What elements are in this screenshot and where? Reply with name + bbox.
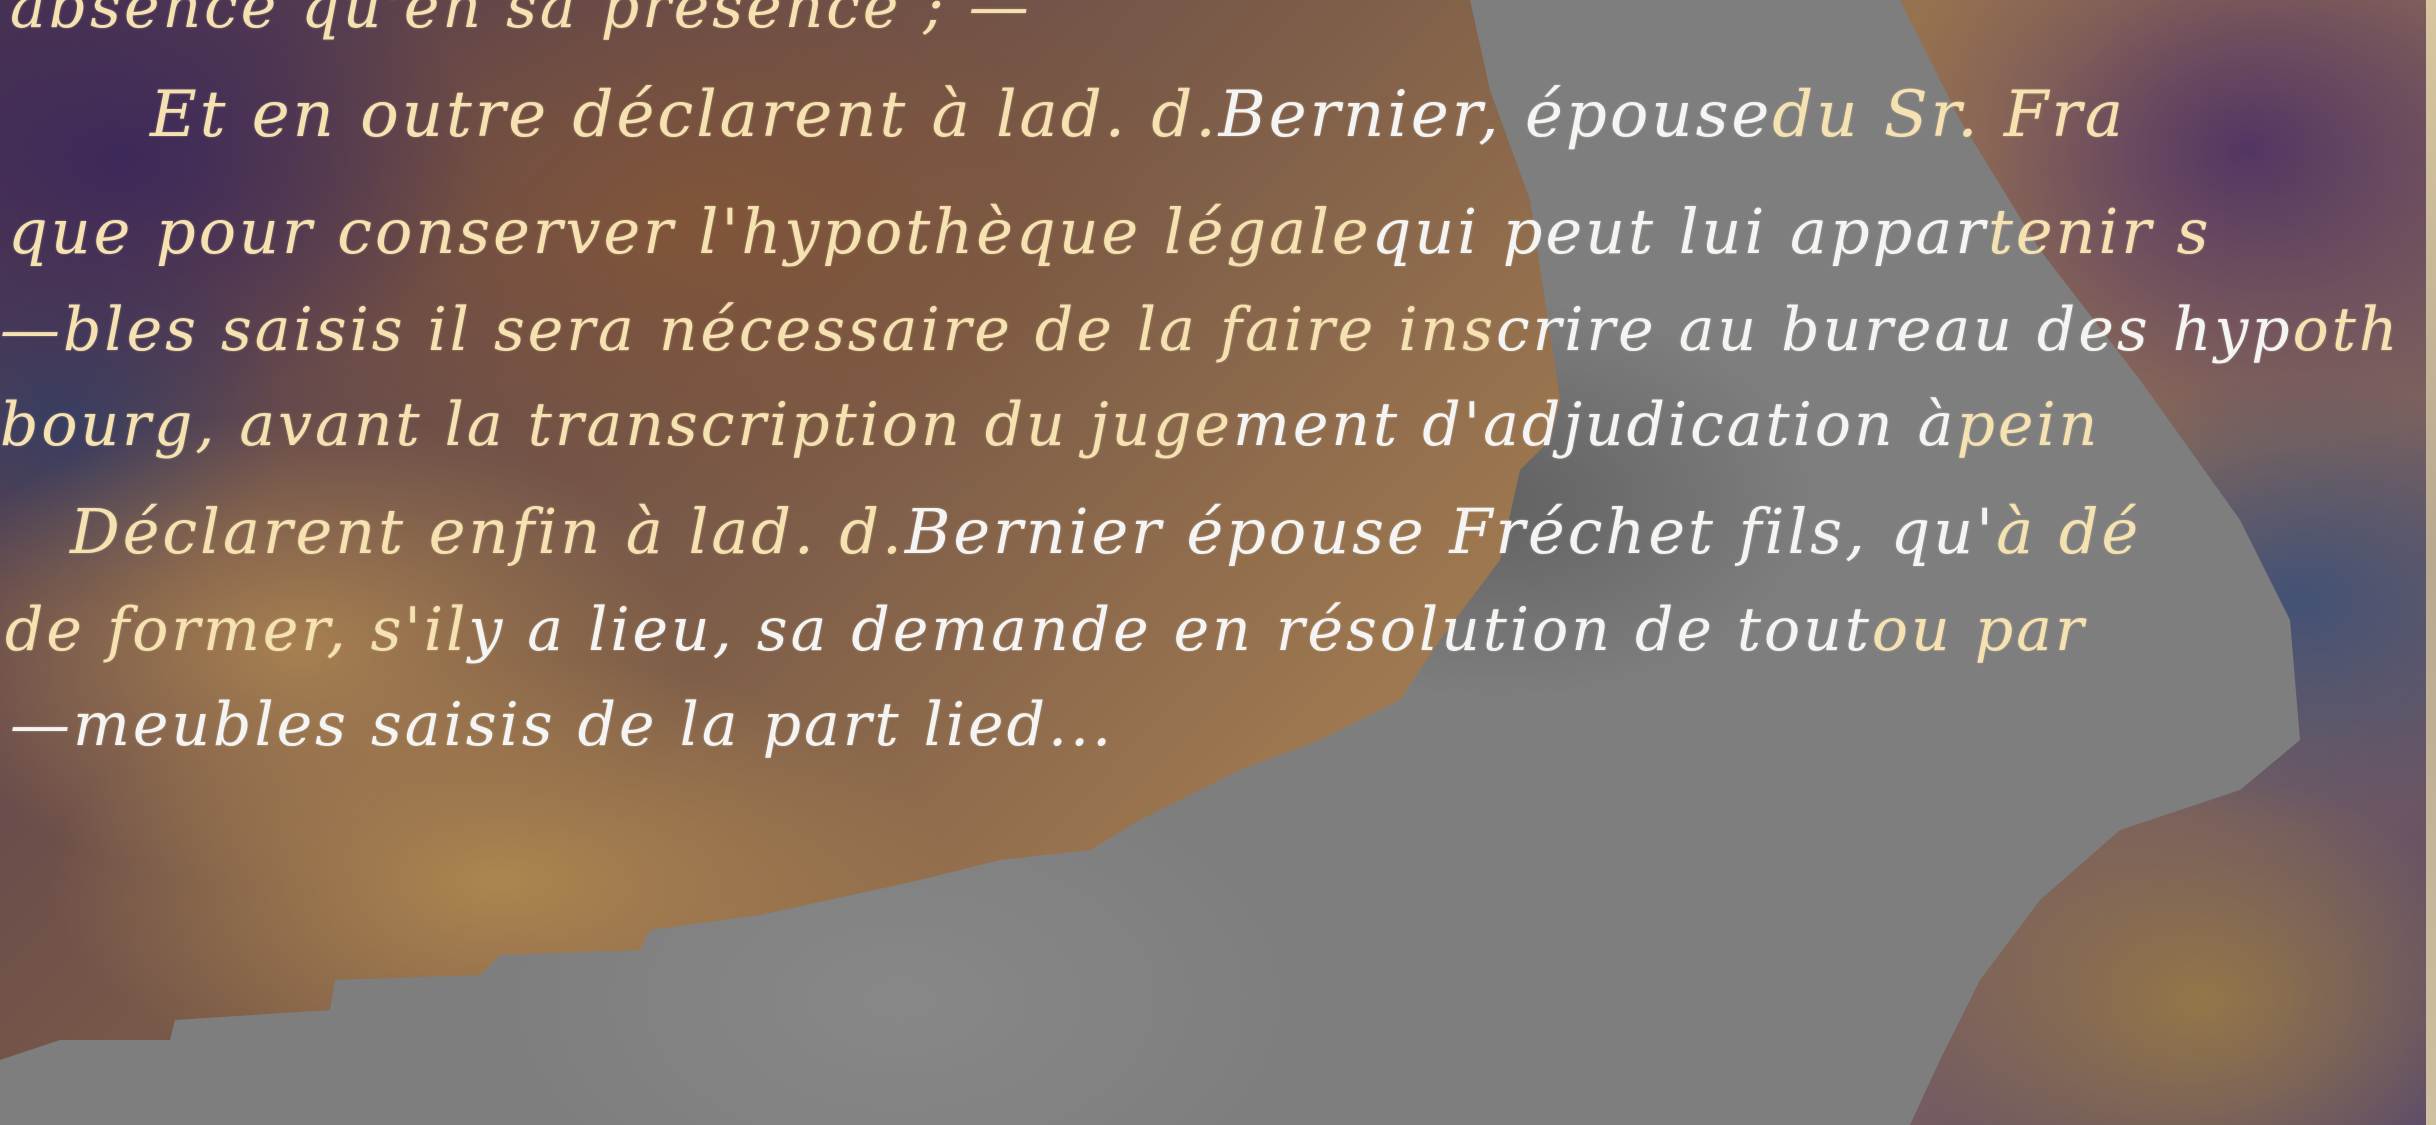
line-1-text: absence qu'en sa présence ; — (10, 0, 1032, 42)
line-5-text-b: ment d'adjudication à (1233, 390, 1956, 460)
manuscript-page: absence qu'en sa présence ; — Et en outr… (0, 0, 2436, 1125)
line-5-text-a: bourg, avant la transcription du juge (0, 390, 1233, 460)
line-7-text-b: y a lieu, sa demande en résolution de to… (468, 595, 1872, 665)
line-3-text-b: qui peut lui appar (1372, 195, 1988, 268)
manuscript-line-6: Déclarent enfin à lad. d. Bernier épouse… (70, 495, 2141, 568)
line-2-text-b: Bernier, épouse (1219, 78, 1773, 152)
manuscript-line-7: de former, s'il y a lieu, sa demande en … (5, 595, 2087, 665)
line-3-text-a: que pour conserver l'hypothèque légale (8, 195, 1372, 268)
line-2-text-c: du Sr. Fra (1772, 78, 2126, 152)
line-5-text-c: pein (1956, 390, 2100, 460)
line-3-text-c: tenir s (1988, 195, 2212, 268)
line-7-text-c: ou par (1872, 595, 2087, 665)
page-edge (2426, 0, 2436, 1125)
line-4-text-c: oth (2293, 295, 2401, 365)
manuscript-line-5: bourg, avant la transcription du jugemen… (0, 390, 2100, 460)
manuscript-line-4: —bles saisis il sera nécessaire de la fa… (0, 295, 2401, 365)
line-2-text-a: Et en outre déclarent à lad. d. (150, 78, 1219, 152)
line-8-text-b: —meubles saisis de la part lied... (10, 690, 1114, 760)
line-4-text-a: —bles saisis il sera nécessaire de la fa… (0, 295, 1496, 365)
manuscript-line-8: —meubles saisis de la part lied... (10, 690, 1114, 760)
manuscript-line-2: Et en outre déclarent à lad. d. Bernier,… (150, 78, 2126, 152)
line-6-text-c: à dé (1996, 495, 2141, 568)
line-6-text-a: Déclarent enfin à lad. d. (70, 495, 905, 568)
line-6-text-b: Bernier épouse Fréchet fils, qu' (905, 495, 1996, 568)
manuscript-line-1: absence qu'en sa présence ; — (10, 0, 1032, 42)
line-7-text-a: de former, s'il (5, 595, 468, 665)
manuscript-line-3: que pour conserver l'hypothèque légale q… (8, 195, 2211, 268)
line-4-text-b: crire au bureau des hyp (1496, 295, 2293, 365)
